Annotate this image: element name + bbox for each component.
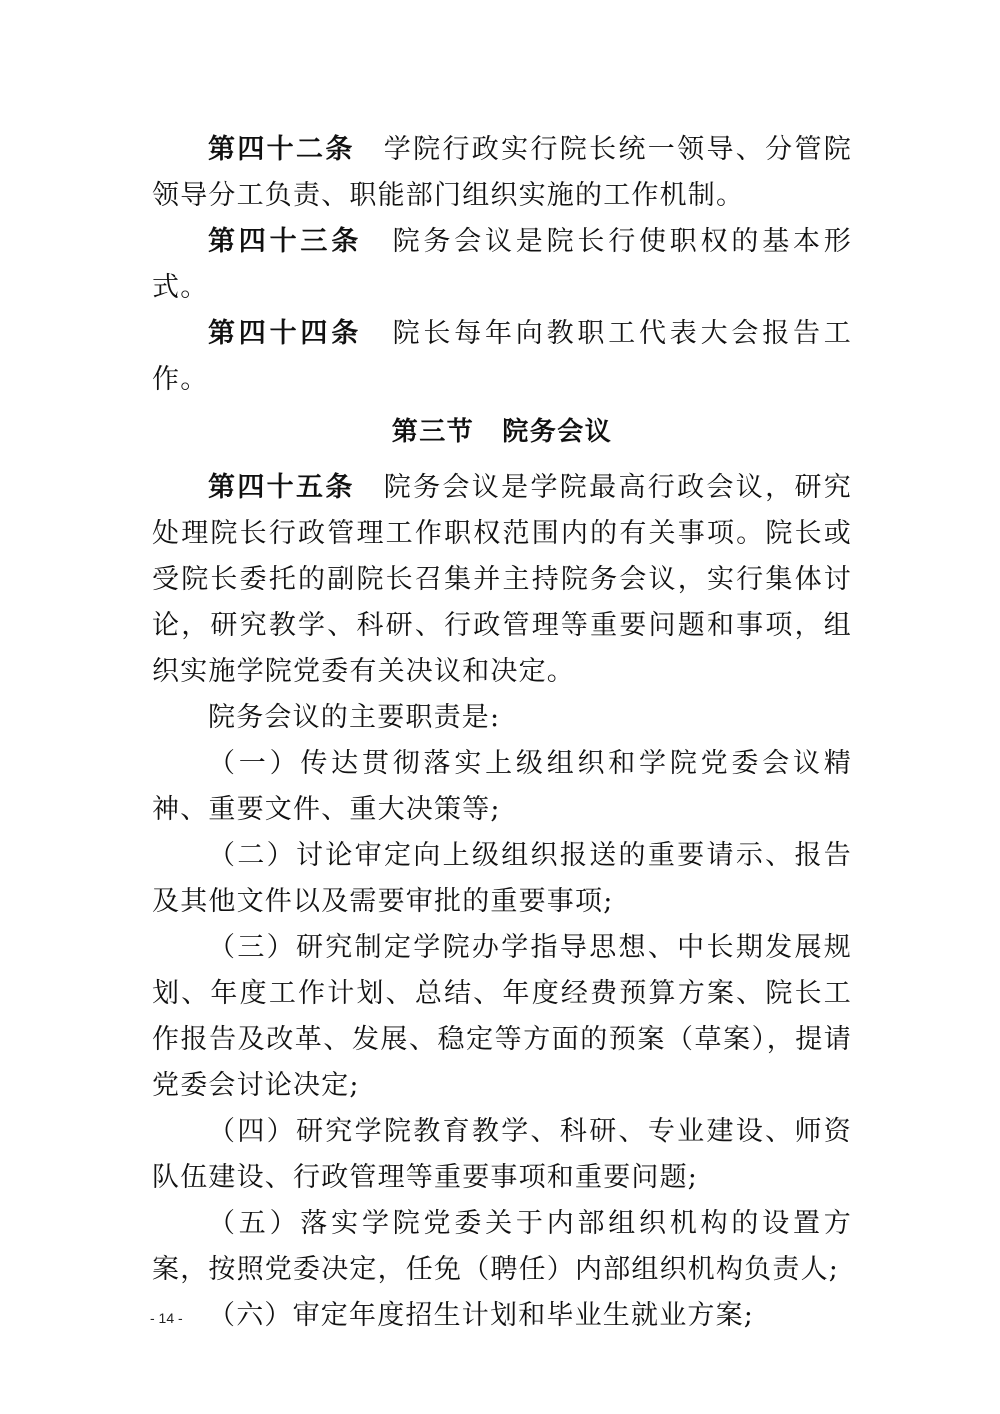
article-43: 第四十三条院务会议是院长行使职权的基本形式。 xyxy=(152,219,852,311)
duties-intro: 院务会议的主要职责是: xyxy=(152,695,852,741)
article-45: 第四十五条院务会议是学院最高行政会议，研究处理院长行政管理工作职权范围内的有关事… xyxy=(152,465,852,695)
duty-item: （四）研究学院教育教学、科研、专业建设、师资队伍建设、行政管理等重要事项和重要问… xyxy=(152,1109,852,1201)
duty-item: （一）传达贯彻落实上级组织和学院党委会议精神、重要文件、重大决策等; xyxy=(152,741,852,833)
article-label: 第四十五条 xyxy=(208,472,355,503)
section-number: 第三节 xyxy=(392,417,475,447)
duty-item: （五）落实学院党委关于内部组织机构的设置方案，按照党委决定，任免（聘任）内部组织… xyxy=(152,1201,852,1293)
duty-item: （六）审定年度招生计划和毕业生就业方案; xyxy=(152,1293,852,1339)
article-label: 第四十三条 xyxy=(208,226,362,257)
article-label: 第四十二条 xyxy=(208,134,355,165)
document-page: 第四十二条学院行政实行院长统一领导、分管院领导分工负责、职能部门组织实施的工作机… xyxy=(152,127,852,1339)
article-44: 第四十四条院长每年向教职工代表大会报告工作。 xyxy=(152,311,852,403)
article-label: 第四十四条 xyxy=(208,318,362,349)
article-text: 院务会议是学院最高行政会议，研究处理院长行政管理工作职权范围内的有关事项。院长或… xyxy=(152,472,852,687)
section-title: 院务会议 xyxy=(502,417,612,447)
article-42: 第四十二条学院行政实行院长统一领导、分管院领导分工负责、职能部门组织实施的工作机… xyxy=(152,127,852,219)
section-heading: 第三节院务会议 xyxy=(152,409,852,455)
duty-item: （二）讨论审定向上级组织报送的重要请示、报告及其他文件以及需要审批的重要事项; xyxy=(152,833,852,925)
page-number: - 14 - xyxy=(150,1310,183,1326)
duty-item: （三）研究制定学院办学指导思想、中长期发展规划、年度工作计划、总结、年度经费预算… xyxy=(152,925,852,1109)
